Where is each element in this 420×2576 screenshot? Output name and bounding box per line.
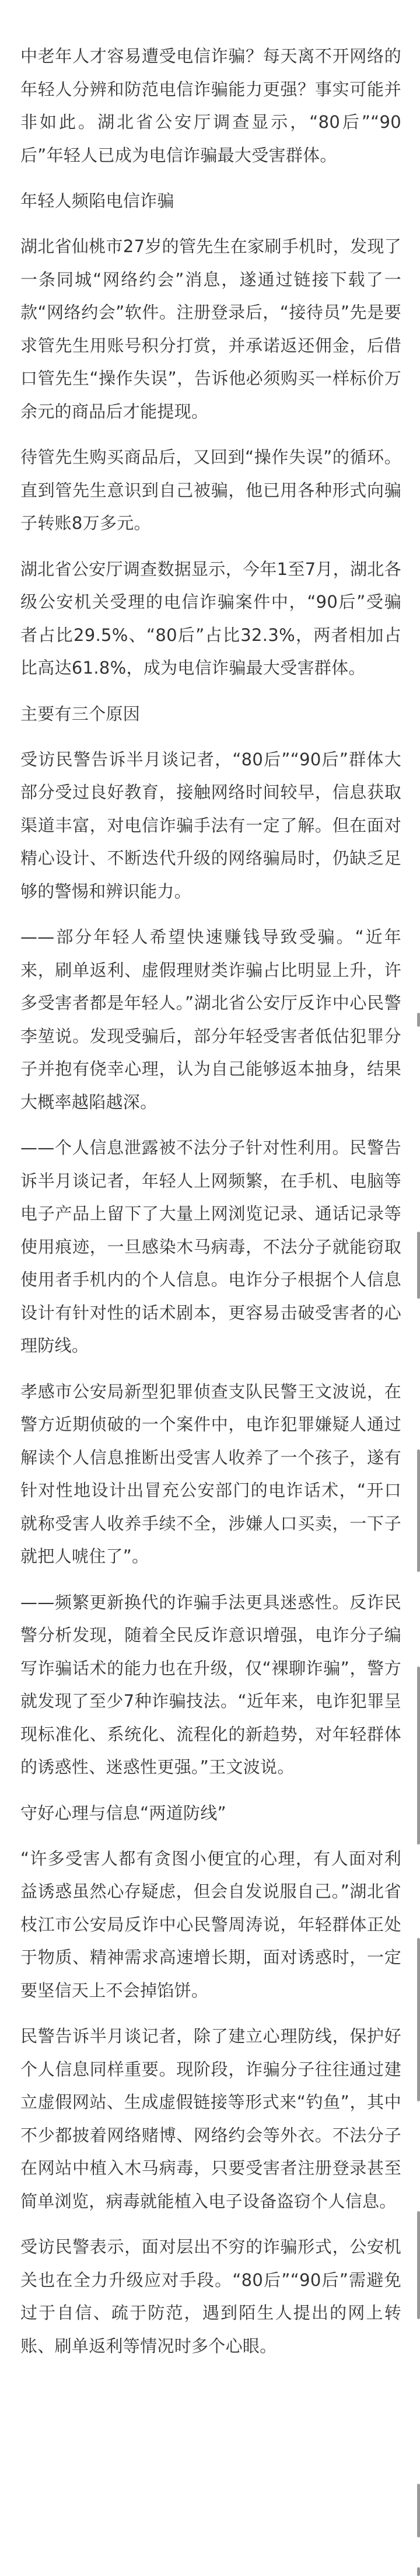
scrollbar-thumb[interactable]: [417, 1938, 420, 2101]
scrollbar-thumb[interactable]: [417, 1013, 420, 1027]
paragraph: 受访民警表示，面对层出不穷的诈骗形式，公安机关也在全力升级应对手段。“80后”“…: [20, 2230, 401, 2362]
scrollbar-thumb[interactable]: [417, 2567, 420, 2576]
scrollbar-thumb[interactable]: [417, 1449, 420, 1572]
paragraph: ——频繁更新换代的诈骗手法更具迷惑性。反诈民警分析发现，随着全民反诈意识增强，电…: [20, 1586, 401, 1784]
paragraph: ——个人信息泄露被不法分子针对性利用。民警告诉半月谈记者，年轻人上网频繁，在手机…: [20, 1131, 401, 1362]
section-heading-2: 主要有三个原因: [20, 698, 401, 730]
paragraph: “许多受害人都有贪图小便宜的心理，有人面对利益诱惑虽然心存疑虑，但会自发说服自己…: [20, 1842, 401, 2007]
section-heading-1: 年轻人频陷电信诈骗: [20, 184, 401, 217]
intro-paragraph: 中老年人才容易遭受电信诈骗？每天离不开网络的年轻人分辨和防范电信诈骗能力更强？事…: [20, 40, 401, 172]
paragraph: 待管先生购买商品后，又回到“操作失误”的循环。直到管先生意识到自己被骗，他已用各…: [20, 441, 401, 540]
scrollbar-thumb[interactable]: [417, 2211, 420, 2319]
article-body: 中老年人才容易遭受电信诈骗？每天离不开网络的年轻人分辨和防范电信诈骗能力更强？事…: [0, 0, 420, 2399]
scrollbar-thumb[interactable]: [417, 2484, 420, 2537]
scrollbar-thumb[interactable]: [417, 1667, 420, 1845]
paragraph: 受访民警告诉半月谈记者，“80后”“90后”群体大部分受过良好教育，接触网络时间…: [20, 743, 401, 908]
paragraph: 孝感市公安局新型犯罪侦查支队民警王文波说，在警方近期侦破的一个案件中，电诈犯罪嫌…: [20, 1375, 401, 1573]
paragraph: 湖北省公安厅调查数据显示，今年1至7月，湖北各级公安机关受理的电信诈骗案件中，“…: [20, 553, 401, 685]
section-heading-3: 守好心理与信息“两道防线”: [20, 1797, 401, 1829]
scrollbar-thumb[interactable]: [417, 1232, 420, 1299]
paragraph: 民警告诉半月谈记者，除了建立心理防线，保护好个人信息同样重要。现阶段，诈骗分子往…: [20, 2020, 401, 2218]
paragraph: 湖北省仙桃市27岁的管先生在家刷手机时，发现了一条同城“网络约会”消息，遂通过链…: [20, 230, 401, 428]
paragraph: ——部分年轻人希望快速赚钱导致受骗。“近年来，刷单返利、虚假理财类诈骗占比明显上…: [20, 921, 401, 1118]
